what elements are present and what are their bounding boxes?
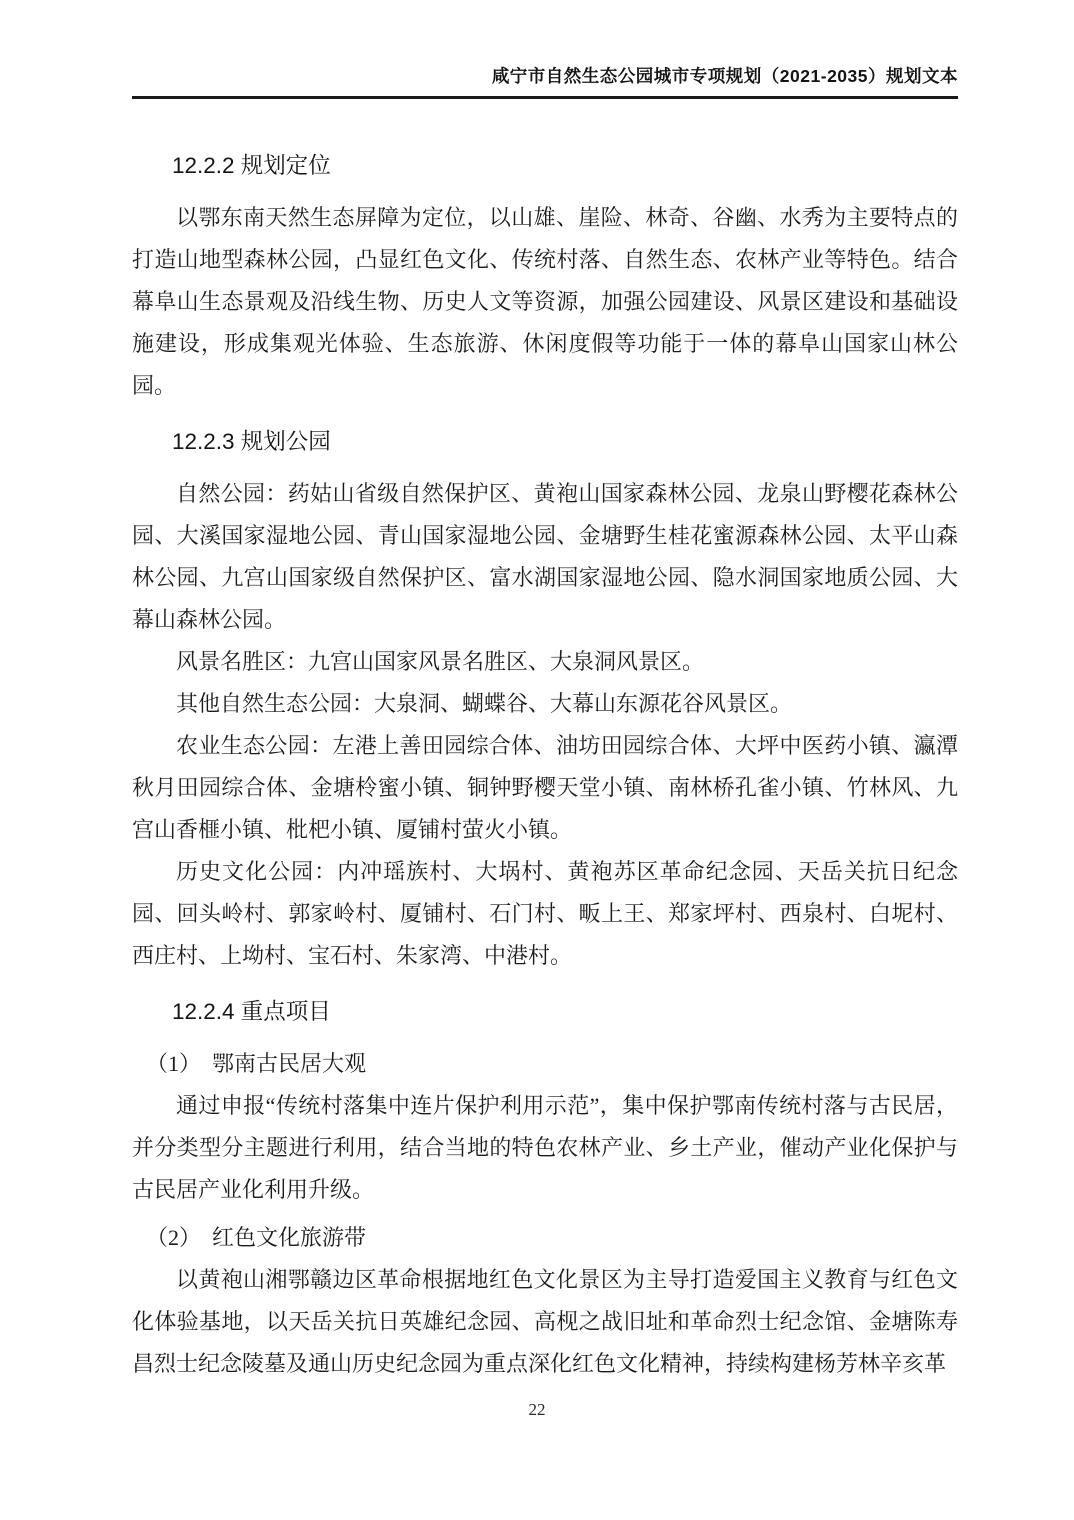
paragraph-scenic-areas: 风景名胜区：九宫山国家风景名胜区、大泉洞风景区。 bbox=[132, 641, 958, 683]
paragraph-natural-parks: 自然公园：药姑山省级自然保护区、黄袍山国家森林公园、龙泉山野樱花森林公园、大溪国… bbox=[132, 473, 958, 641]
paragraph-planning-positioning: 以鄂东南天然生态屏障为定位，以山雄、崖险、林奇、谷幽、水秀为主要特点的打造山地型… bbox=[132, 197, 958, 407]
subheading-item-1-ancient-dwellings: （1） 鄂南古民居大观 bbox=[132, 1043, 958, 1085]
section-heading-12-2-2: 12.2.2 规划定位 bbox=[132, 145, 958, 187]
page-number: 22 bbox=[0, 1400, 1074, 1420]
document-page: 咸宁市自然生态公园城市专项规划（2021-2035）规划文本 12.2.2 规划… bbox=[0, 0, 1074, 1520]
section-heading-12-2-4: 12.2.4 重点项目 bbox=[132, 991, 958, 1033]
subheading-item-2-red-culture-belt: （2） 红色文化旅游带 bbox=[132, 1217, 958, 1259]
paragraph-historical-culture-parks: 历史文化公园：内冲瑶族村、大埚村、黄袍苏区革命纪念园、天岳关抗日纪念园、回头岭村… bbox=[132, 851, 958, 977]
section-heading-12-2-3: 12.2.3 规划公园 bbox=[132, 421, 958, 463]
paragraph-ancient-dwellings: 通过申报“传统村落集中连片保护利用示范”，集中保护鄂南传统村落与古民居，并分类型… bbox=[132, 1085, 958, 1211]
paragraph-red-culture-belt: 以黄袍山湘鄂赣边区革命根据地红色文化景区为主导打造爱国主义教育与红色文化体验基地… bbox=[132, 1259, 958, 1385]
header-rule bbox=[132, 96, 958, 99]
page-header-title: 咸宁市自然生态公园城市专项规划（2021-2035）规划文本 bbox=[132, 0, 958, 88]
paragraph-agricultural-parks: 农业生态公园：左港上善田园综合体、油坊田园综合体、大坪中医药小镇、瀛潭秋月田园综… bbox=[132, 725, 958, 851]
page-content: 咸宁市自然生态公园城市专项规划（2021-2035）规划文本 12.2.2 规划… bbox=[132, 0, 958, 1385]
paragraph-other-eco-parks: 其他自然生态公园：大泉洞、蝴蝶谷、大幕山东源花谷风景区。 bbox=[132, 683, 958, 725]
